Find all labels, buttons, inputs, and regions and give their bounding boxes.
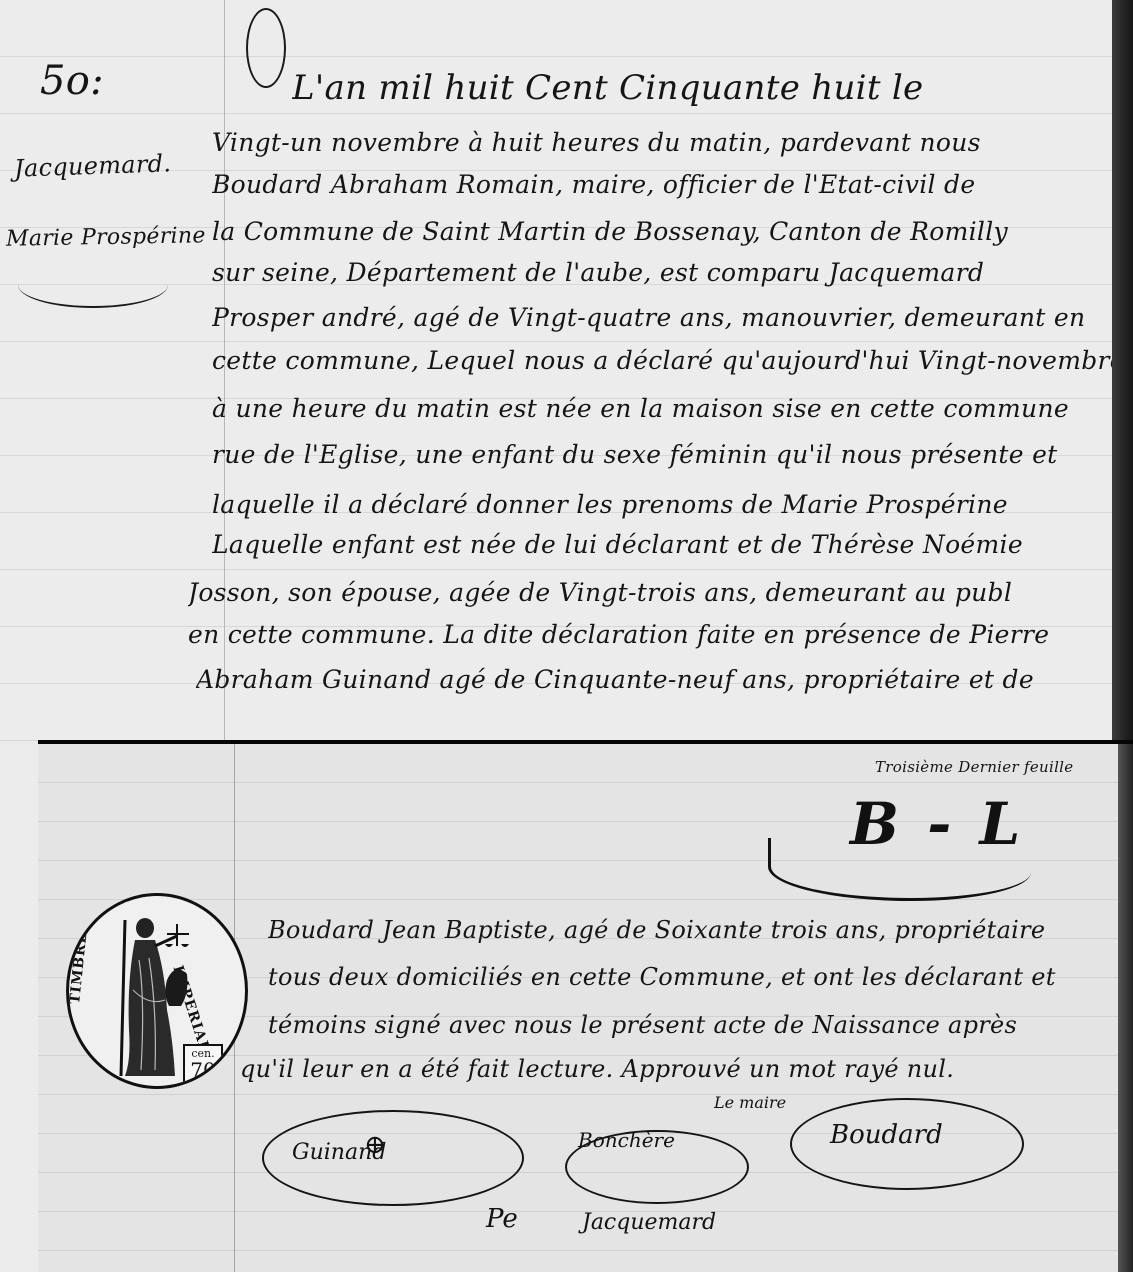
register-line: en cette commune. La dite déclaration fa…	[188, 620, 1088, 649]
signature-bonchere: Bonchère	[578, 1128, 675, 1152]
stamp-value: 70	[185, 1060, 221, 1080]
register-line: cette commune, Lequel nous a déclaré qu'…	[212, 346, 1112, 375]
margin-flourish	[18, 262, 168, 308]
register-line: Abraham Guinand agé de Cinquante-neuf an…	[196, 665, 1096, 694]
register-line: tous deux domiciliés en cette Commune, e…	[268, 963, 1118, 991]
folio-note: Troisième Dernier feuille	[875, 758, 1073, 776]
register-line: sur seine, Département de l'aube, est co…	[212, 258, 1112, 287]
register-line: laquelle il a déclaré donner les prenoms…	[212, 490, 1112, 519]
margin-given-names: Marie Prospérine	[6, 223, 206, 251]
register-line: la Commune de Saint Martin de Bossenay, …	[212, 217, 1112, 246]
register-line: à une heure du matin est née en la maiso…	[212, 394, 1112, 423]
page-left-strip	[0, 744, 38, 1272]
register-line: Prosper andré, agé de Vingt-quatre ans, …	[212, 303, 1112, 332]
register-line: Boudard Jean Baptiste, agé de Soixante t…	[268, 916, 1118, 944]
justice-figure-icon	[115, 910, 189, 1078]
act-number: 5o:	[40, 58, 104, 104]
register-line: L'an mil huit Cent Cinquante huit le	[292, 68, 1112, 108]
margin-surname: Jacquemard.	[14, 149, 172, 182]
register-line: Laquelle enfant est née de lui déclarant…	[212, 530, 1112, 559]
upper-register-page: 5o: Jacquemard. Marie Prospérine L'an mi…	[0, 0, 1112, 742]
register-line: Boudard Abraham Romain, maire, officier …	[212, 170, 1112, 199]
signature-mark: ⊕	[364, 1130, 386, 1160]
opening-flourish	[246, 8, 286, 88]
register-line: Josson, son épouse, agée de Vingt-trois …	[188, 578, 1088, 607]
page-gutter-shadow	[1118, 744, 1133, 1272]
signature-boudard: Boudard	[830, 1120, 943, 1150]
signature-jacquemard: Jacquemard	[582, 1210, 716, 1235]
imperial-revenue-stamp: TIMBRE IMPERIAL. cen. 70	[66, 893, 248, 1089]
register-line: qu'il leur en a été fait lecture. Approu…	[240, 1055, 1090, 1083]
mayor-label: Le maire	[714, 1093, 786, 1112]
stamp-value-box: cen. 70	[183, 1044, 223, 1088]
page-gutter-shadow	[1112, 0, 1133, 742]
register-line: rue de l'Eglise, une enfant du sexe fémi…	[212, 440, 1112, 469]
register-line: Vingt-un novembre à huit heures du matin…	[212, 128, 1112, 157]
signature-prefix: Pe	[486, 1204, 518, 1234]
register-line: témoins signé avec nous le présent acte …	[268, 1011, 1118, 1039]
